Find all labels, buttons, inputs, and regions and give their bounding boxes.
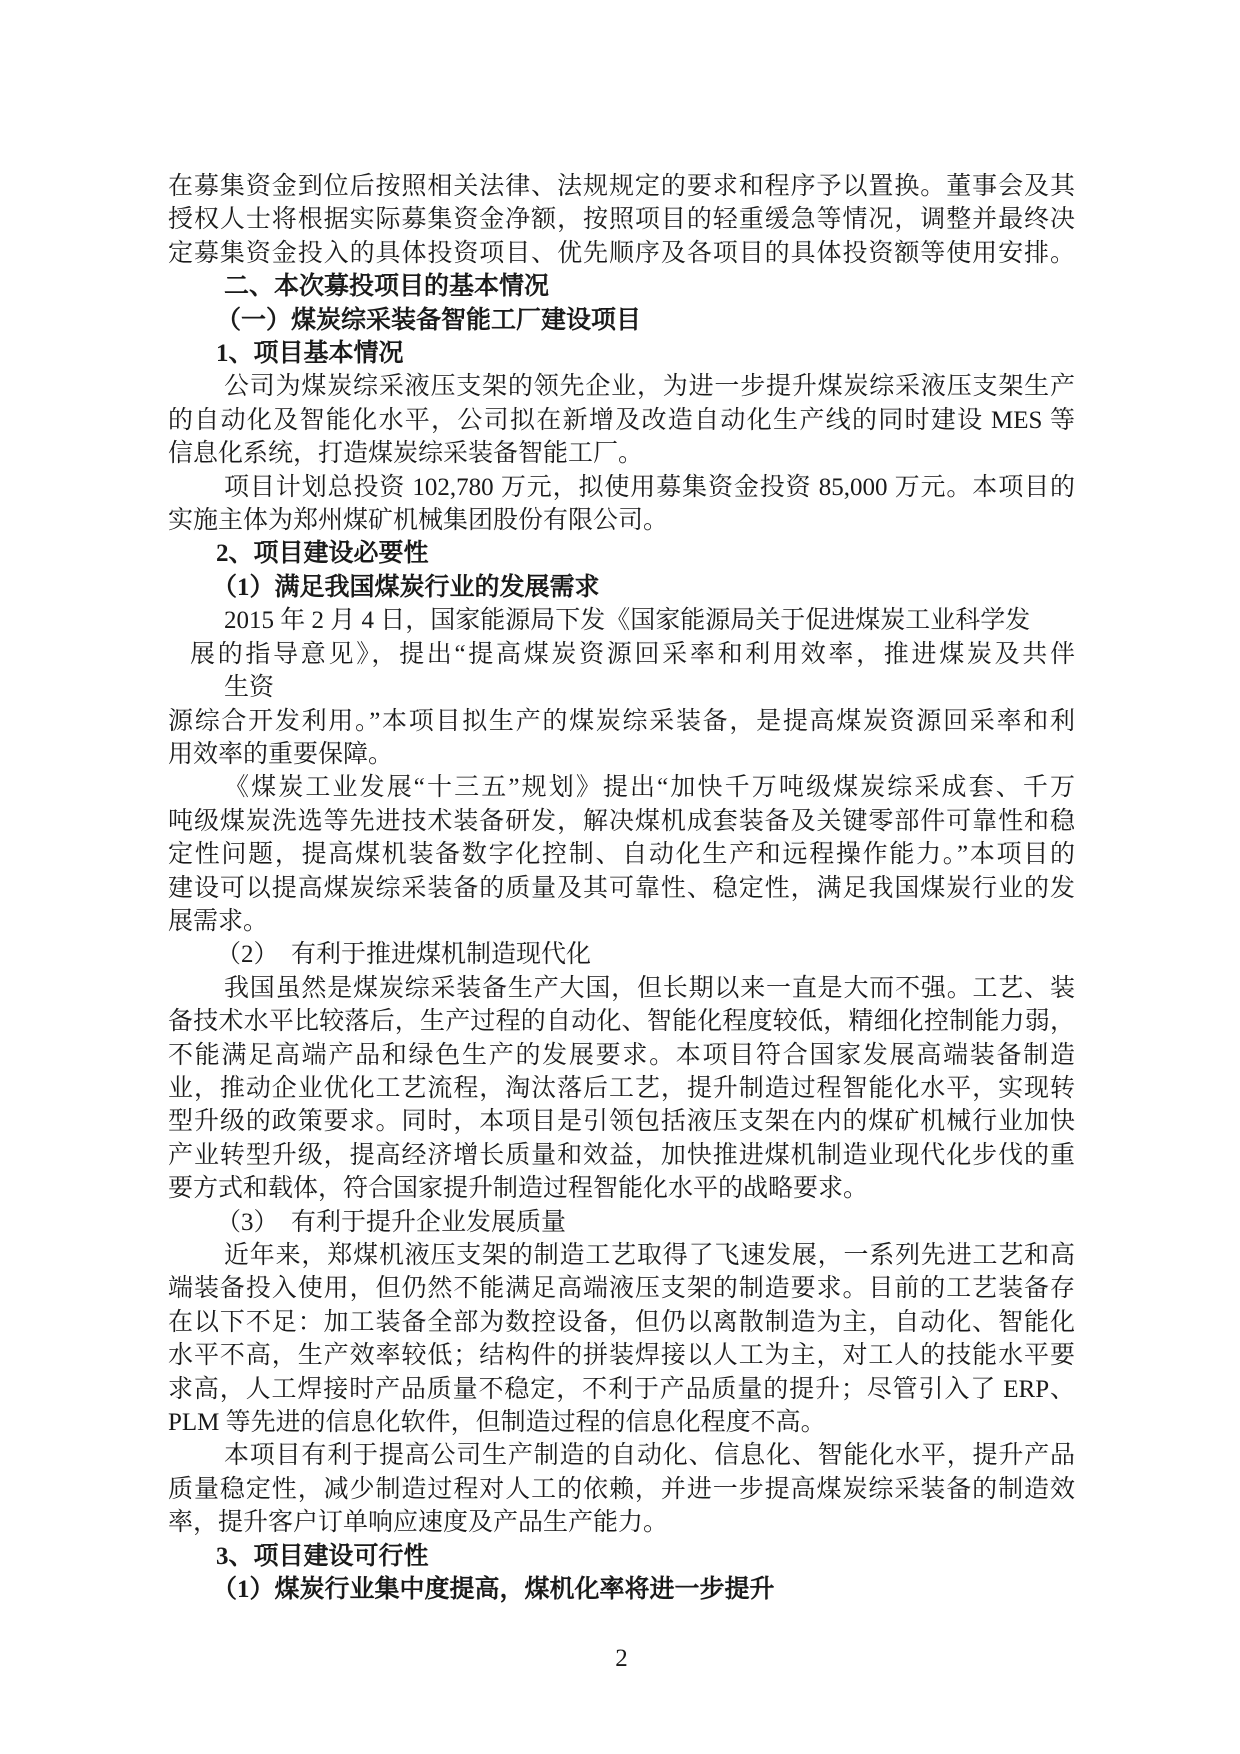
text-line: 展的指导意见》，提出“提高煤炭资源回采率和利用效率，推进煤炭及共伴 — [168, 638, 1075, 671]
text-line: 定募集资金投入的具体投资项目、优先顺序及各项目的具体投资额等使用安排。 — [168, 237, 1075, 270]
text-line: 业，推动企业优化工艺流程，淘汰落后工艺，提升制造过程智能化水平，实现转 — [168, 1072, 1075, 1105]
text-line: 二、本次募投项目的基本情况 — [168, 270, 1075, 303]
text-line: 授权人士将根据实际募集资金净额，按照项目的轻重缓急等情况，调整并最终决 — [168, 203, 1075, 236]
text-line: 2015 年 2 月 4 日，国家能源局下发《国家能源局关于促进煤炭工业科学发 — [168, 604, 1075, 637]
text-line: 不能满足高端产品和绿色生产的发展要求。本项目符合国家发展高端装备制造 — [168, 1039, 1075, 1072]
text-line: 要方式和载体，符合国家提升制造过程智能化水平的战略要求。 — [168, 1172, 1075, 1205]
text-line: 产业转型升级，提高经济增长质量和效益，加快推进煤机制造业现代化步伐的重 — [168, 1139, 1075, 1172]
text-line: 生资 — [168, 671, 1075, 704]
text-line: 吨级煤炭洗选等先进技术装备研发，解决煤机成套装备及关键零部件可靠性和稳 — [168, 805, 1075, 838]
text-line: （1）煤炭行业集中度提高，煤机化率将进一步提升 — [168, 1573, 1075, 1606]
text-line: 定性问题，提高煤机装备数字化控制、自动化生产和远程操作能力。”本项目的 — [168, 838, 1075, 871]
text-line: 展需求。 — [168, 905, 1075, 938]
text-line: 质量稳定性，减少制造过程对人工的依赖，并进一步提高煤炭综采装备的制造效 — [168, 1473, 1075, 1506]
page-footer: 2 — [168, 1645, 1075, 1673]
text-line: 《煤炭工业发展“十三五”规划》提出“加快千万吨级煤炭综采成套、千万 — [168, 771, 1075, 804]
text-line: 近年来，郑煤机液压支架的制造工艺取得了飞速发展，一系列先进工艺和高 — [168, 1239, 1075, 1272]
text-line: （3） 有利于提升企业发展质量 — [168, 1206, 1075, 1239]
text-line: 端装备投入使用，但仍然不能满足高端液压支架的制造要求。目前的工艺装备存 — [168, 1272, 1075, 1305]
text-line: 信息化系统，打造煤炭综采装备智能工厂。 — [168, 437, 1075, 470]
text-line: （2） 有利于推进煤机制造现代化 — [168, 938, 1075, 971]
text-line: 在募集资金到位后按照相关法律、法规规定的要求和程序予以置换。董事会及其 — [168, 170, 1075, 203]
text-line: 实施主体为郑州煤矿机械集团股份有限公司。 — [168, 504, 1075, 537]
text-line: 型升级的政策要求。同时，本项目是引领包括液压支架在内的煤矿机械行业加快 — [168, 1105, 1075, 1138]
text-line: 1、项目基本情况 — [168, 337, 1075, 370]
text-line: 建设可以提高煤炭综采装备的质量及其可靠性、稳定性，满足我国煤炭行业的发 — [168, 872, 1075, 905]
text-line: 2、项目建设必要性 — [168, 537, 1075, 570]
document-page: { "page": { "number": "2", "background_c… — [0, 0, 1240, 1754]
document-body: 在募集资金到位后按照相关法律、法规规定的要求和程序予以置换。董事会及其授权人士将… — [168, 170, 1075, 1606]
text-line: 求高，人工焊接时产品质量不稳定，不利于产品质量的提升；尽管引入了 ERP、 — [168, 1373, 1075, 1406]
text-line: 我国虽然是煤炭综采装备生产大国，但长期以来一直是大而不强。工艺、装 — [168, 972, 1075, 1005]
text-line: 在以下不足：加工装备全部为数控设备，但仍以离散制造为主，自动化、智能化 — [168, 1306, 1075, 1339]
text-line: 公司为煤炭综采液压支架的领先企业，为进一步提升煤炭综采液压支架生产 — [168, 370, 1075, 403]
text-line: 备技术水平比较落后，生产过程的自动化、智能化程度较低，精细化控制能力弱， — [168, 1005, 1075, 1038]
text-line: 本项目有利于提高公司生产制造的自动化、信息化、智能化水平，提升产品 — [168, 1439, 1075, 1472]
text-line: 源综合开发利用。”本项目拟生产的煤炭综采装备，是提高煤炭资源回采率和利 — [168, 705, 1075, 738]
text-line: （1）满足我国煤炭行业的发展需求 — [168, 571, 1075, 604]
text-line: 的自动化及智能化水平，公司拟在新增及改造自动化生产线的同时建设 MES 等 — [168, 404, 1075, 437]
text-line: 项目计划总投资 102,780 万元，拟使用募集资金投资 85,000 万元。本… — [168, 471, 1075, 504]
page-number: 2 — [615, 1645, 628, 1672]
text-line: 水平不高，生产效率较低；结构件的拼装焊接以人工为主，对工人的技能水平要 — [168, 1339, 1075, 1372]
text-line: PLM 等先进的信息化软件，但制造过程的信息化程度不高。 — [168, 1406, 1075, 1439]
text-line: 3、项目建设可行性 — [168, 1540, 1075, 1573]
text-line: （一）煤炭综采装备智能工厂建设项目 — [168, 304, 1075, 337]
text-line: 率，提升客户订单响应速度及产品生产能力。 — [168, 1506, 1075, 1539]
text-line: 用效率的重要保障。 — [168, 738, 1075, 771]
